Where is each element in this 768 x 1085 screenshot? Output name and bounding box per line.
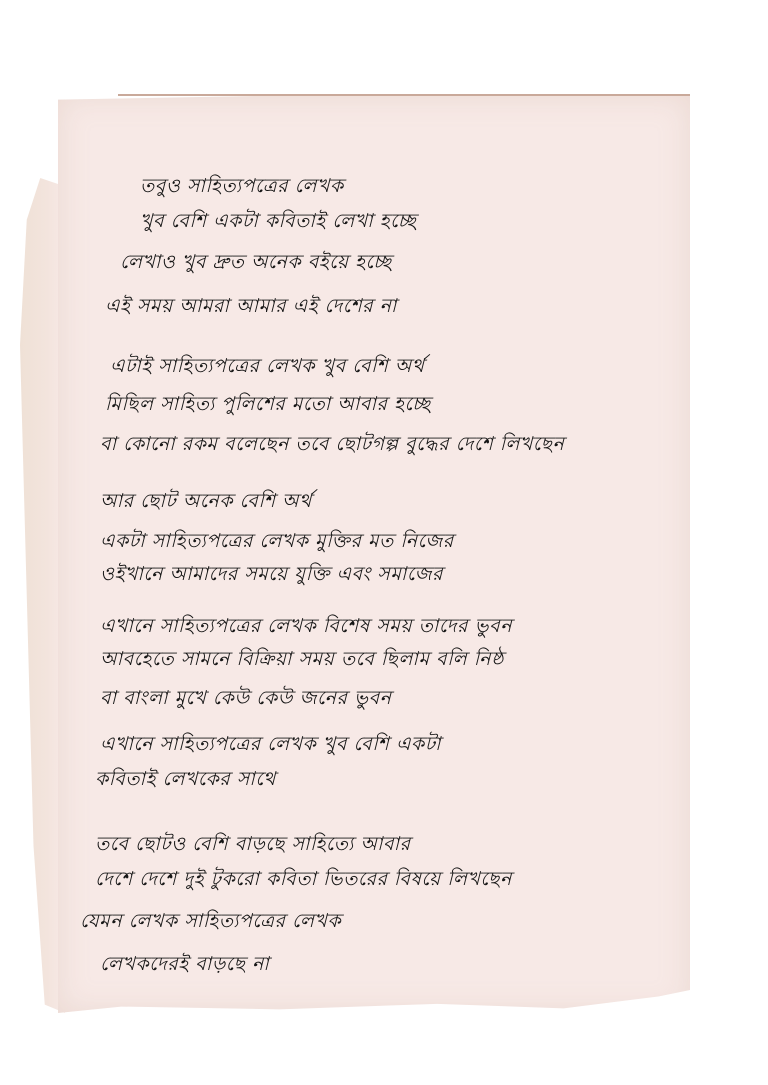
handwritten-line: লেখকদেরই বাড়ছে না (100, 950, 269, 982)
handwritten-line: লেখাও খুব দ্রুত অনেক বইয়ে হচ্ছে (120, 248, 392, 280)
handwritten-line: বা বাংলা মুখে কেউ কেউ জনের ভুবন (100, 684, 392, 716)
handwritten-line: এই সময় আমরা আমার এই দেশের না (105, 292, 397, 324)
handwritten-line: যেমন লেখক সাহিত্যপত্রের লেখক (80, 907, 341, 939)
handwritten-line: ওইখানে আমাদের সময়ে যুক্তি এবং সমাজের (100, 560, 443, 592)
handwritten-line: তবে ছোটও বেশি বাড়ছে সাহিত্যে আবার (95, 830, 411, 862)
handwritten-line: একটা সাহিত্যপত্রের লেখক মুক্তির মত নিজের (100, 527, 454, 559)
handwritten-line: তবুও সাহিত্যপত্রের লেখক (140, 172, 344, 204)
handwritten-line: দেশে দেশে দুই টুকরো কবিতা ভিতরের বিষয়ে … (95, 865, 512, 897)
handwritten-text-block: তবুও সাহিত্যপত্রের লেখকখুব বেশি একটা কবি… (0, 0, 768, 1085)
handwritten-line: এখানে সাহিত্যপত্রের লেখক খুব বেশি একটা (100, 730, 441, 762)
handwritten-line: খুব বেশি একটা কবিতাই লেখা হচ্ছে (140, 207, 416, 239)
handwritten-line: এখানে সাহিত্যপত্রের লেখক বিশেষ সময় তাদে… (100, 612, 512, 644)
handwritten-line: বা কোনো রকম বলেছেন তবে ছোটগল্প বুদ্ধের দ… (100, 430, 564, 462)
handwritten-line: আর ছোট অনেক বেশি অর্থ (100, 487, 312, 519)
handwritten-line: এটাই সাহিত্যপত্রের লেখক খুব বেশি অর্থ (110, 352, 425, 384)
handwritten-line: কবিতাই লেখকের সাথে (95, 765, 276, 797)
handwritten-line: মিছিল সাহিত্য পুলিশের মতো আবার হচ্ছে (105, 390, 431, 422)
handwritten-line: আবহেতে সামনে বিক্রিয়া সময় তবে ছিলাম বল… (100, 645, 504, 677)
